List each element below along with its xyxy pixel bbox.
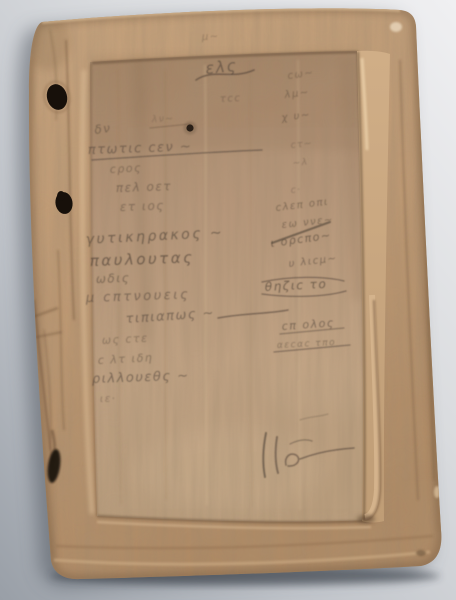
photo-stage: ελς μ~ τϲϲ λν~ δν πτωτιϲ ϲεν ~ ϲρος πελ … — [0, 0, 456, 600]
top-frame-mark: μ~ — [201, 31, 220, 43]
tablet-photo: ελς μ~ τϲϲ λν~ δν πτωτιϲ ϲεν ~ ϲρος πελ … — [0, 0, 456, 600]
inscription-line: δν — [93, 121, 112, 137]
hole-irregularity — [57, 191, 65, 201]
corner-chip-highlight — [390, 22, 402, 32]
inscription-line: ιε· — [100, 393, 117, 405]
edge-chip — [434, 486, 440, 498]
inscription-line: τϲϲ — [220, 93, 242, 105]
inscription-line: ϲρος — [109, 161, 142, 176]
inscription-line: ϲ· — [290, 185, 302, 196]
inscription-line: ~λ — [292, 157, 309, 169]
splinter-tip-shadow — [357, 515, 375, 523]
edge-nick — [416, 550, 426, 556]
inscription-line: ετ ιος — [120, 198, 165, 214]
inscription-line: παυλουτας — [90, 248, 195, 270]
tablet-surface-details: ελς μ~ τϲϲ λν~ δν πτωτιϲ ϲεν ~ ϲρος πελ … — [18, 0, 448, 600]
ink-dot — [186, 124, 193, 131]
inscription-line: ως ϲτε — [101, 332, 148, 347]
inscription-line: λν~ — [151, 114, 175, 125]
inscription-line: πελ οετ — [116, 179, 173, 195]
inscription-line: ωδις — [96, 271, 131, 286]
